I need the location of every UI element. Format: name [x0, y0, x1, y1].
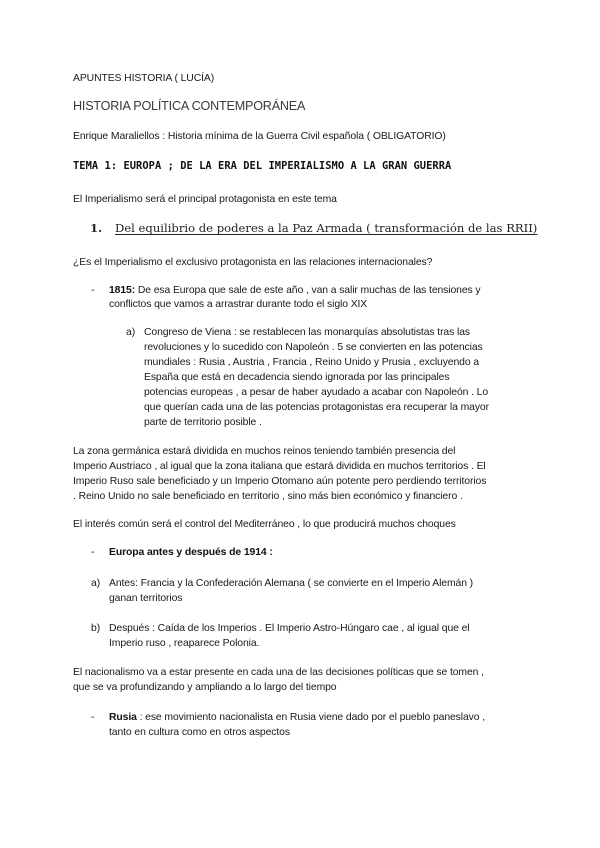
viena-line: Congreso de Viena : se restablecen las m… — [144, 326, 470, 340]
viena-line: que querían cada una de las potencias pr… — [144, 401, 489, 415]
dash-bullet: - — [91, 546, 94, 560]
mediterraneo-text: El interés común será el control del Med… — [73, 518, 456, 532]
question-text: ¿Es el Imperialismo el exclusivo protago… — [73, 256, 432, 270]
despues-line: Después : Caída de los Imperios . El Imp… — [109, 622, 469, 636]
viena-line: mundiales : Rusia , Austria , Francia , … — [144, 356, 479, 370]
bullet-1914-bold: Europa antes y después de 1914 : — [109, 547, 273, 558]
dash-bullet: - — [91, 711, 94, 725]
dash-bullet: - — [91, 284, 94, 298]
reference-line: Enrique Maraliellos : Historia mínima de… — [73, 130, 446, 144]
viena-line: revoluciones y lo sucedido con Napoleón … — [144, 341, 483, 355]
document-page: APUNTES HISTORIA ( LUCÍA) HISTORIA POLÍT… — [0, 0, 600, 848]
bullet-1815-line1: 1815: De esa Europa que sale de este año… — [109, 284, 481, 298]
list-marker-a: a) — [126, 326, 135, 340]
section-title: Del equilibrio de poderes a la Paz Armad… — [115, 221, 537, 235]
germanica-line: Imperio Ruso sale beneficiado y un Imper… — [73, 475, 486, 489]
list-marker-a: a) — [91, 577, 100, 591]
bullet-1914-heading: Europa antes y después de 1914 : — [109, 546, 273, 560]
list-marker-b: b) — [91, 622, 100, 636]
germanica-line: . Reino Unido no sale beneficiado en ter… — [73, 490, 463, 504]
viena-line: potencias europeas , a pesar de haber ay… — [144, 386, 488, 400]
antes-line: ganan territorios — [109, 592, 182, 606]
section-number: 1. — [90, 221, 115, 236]
germanica-line: Imperio Austriaco , al igual que la zona… — [73, 460, 486, 474]
germanica-line: La zona germánica estará dividida en muc… — [73, 445, 455, 459]
bullet-1815-bold: 1815: — [109, 285, 135, 296]
viena-line: España que está en decadencia siendo ign… — [144, 371, 449, 385]
viena-line: parte de territorio posible . — [144, 416, 262, 430]
antes-line: Antes: Francia y la Confederación Aleman… — [109, 577, 473, 591]
nacionalismo-line: El nacionalismo va a estar presente en c… — [73, 666, 484, 680]
tema-heading: TEMA 1: EUROPA ; DE LA ERA DEL IMPERIALI… — [73, 159, 451, 173]
bullet-1815-text: De esa Europa que sale de este año , van… — [135, 285, 480, 296]
rusia-line1: Rusia : ese movimiento nacionalista en R… — [109, 711, 485, 725]
rusia-line2: tanto en cultura como en otros aspectos — [109, 726, 290, 740]
despues-line: Imperio ruso , reaparece Polonia. — [109, 637, 259, 651]
rusia-bold: Rusia — [109, 712, 137, 723]
document-title: APUNTES HISTORIA ( LUCÍA) — [73, 72, 214, 86]
section-heading-1: 1.Del equilibrio de poderes a la Paz Arm… — [90, 221, 537, 236]
nacionalismo-line: que se va profundizando y ampliando a lo… — [73, 681, 336, 695]
bullet-1815-line2: conflictos que vamos a arrastrar durante… — [109, 298, 367, 312]
document-subtitle: HISTORIA POLÍTICA CONTEMPORÁNEA — [73, 98, 305, 114]
rusia-text: : ese movimiento nacionalista en Rusia v… — [137, 712, 485, 723]
intro-text: El Imperialismo será el principal protag… — [73, 193, 337, 207]
